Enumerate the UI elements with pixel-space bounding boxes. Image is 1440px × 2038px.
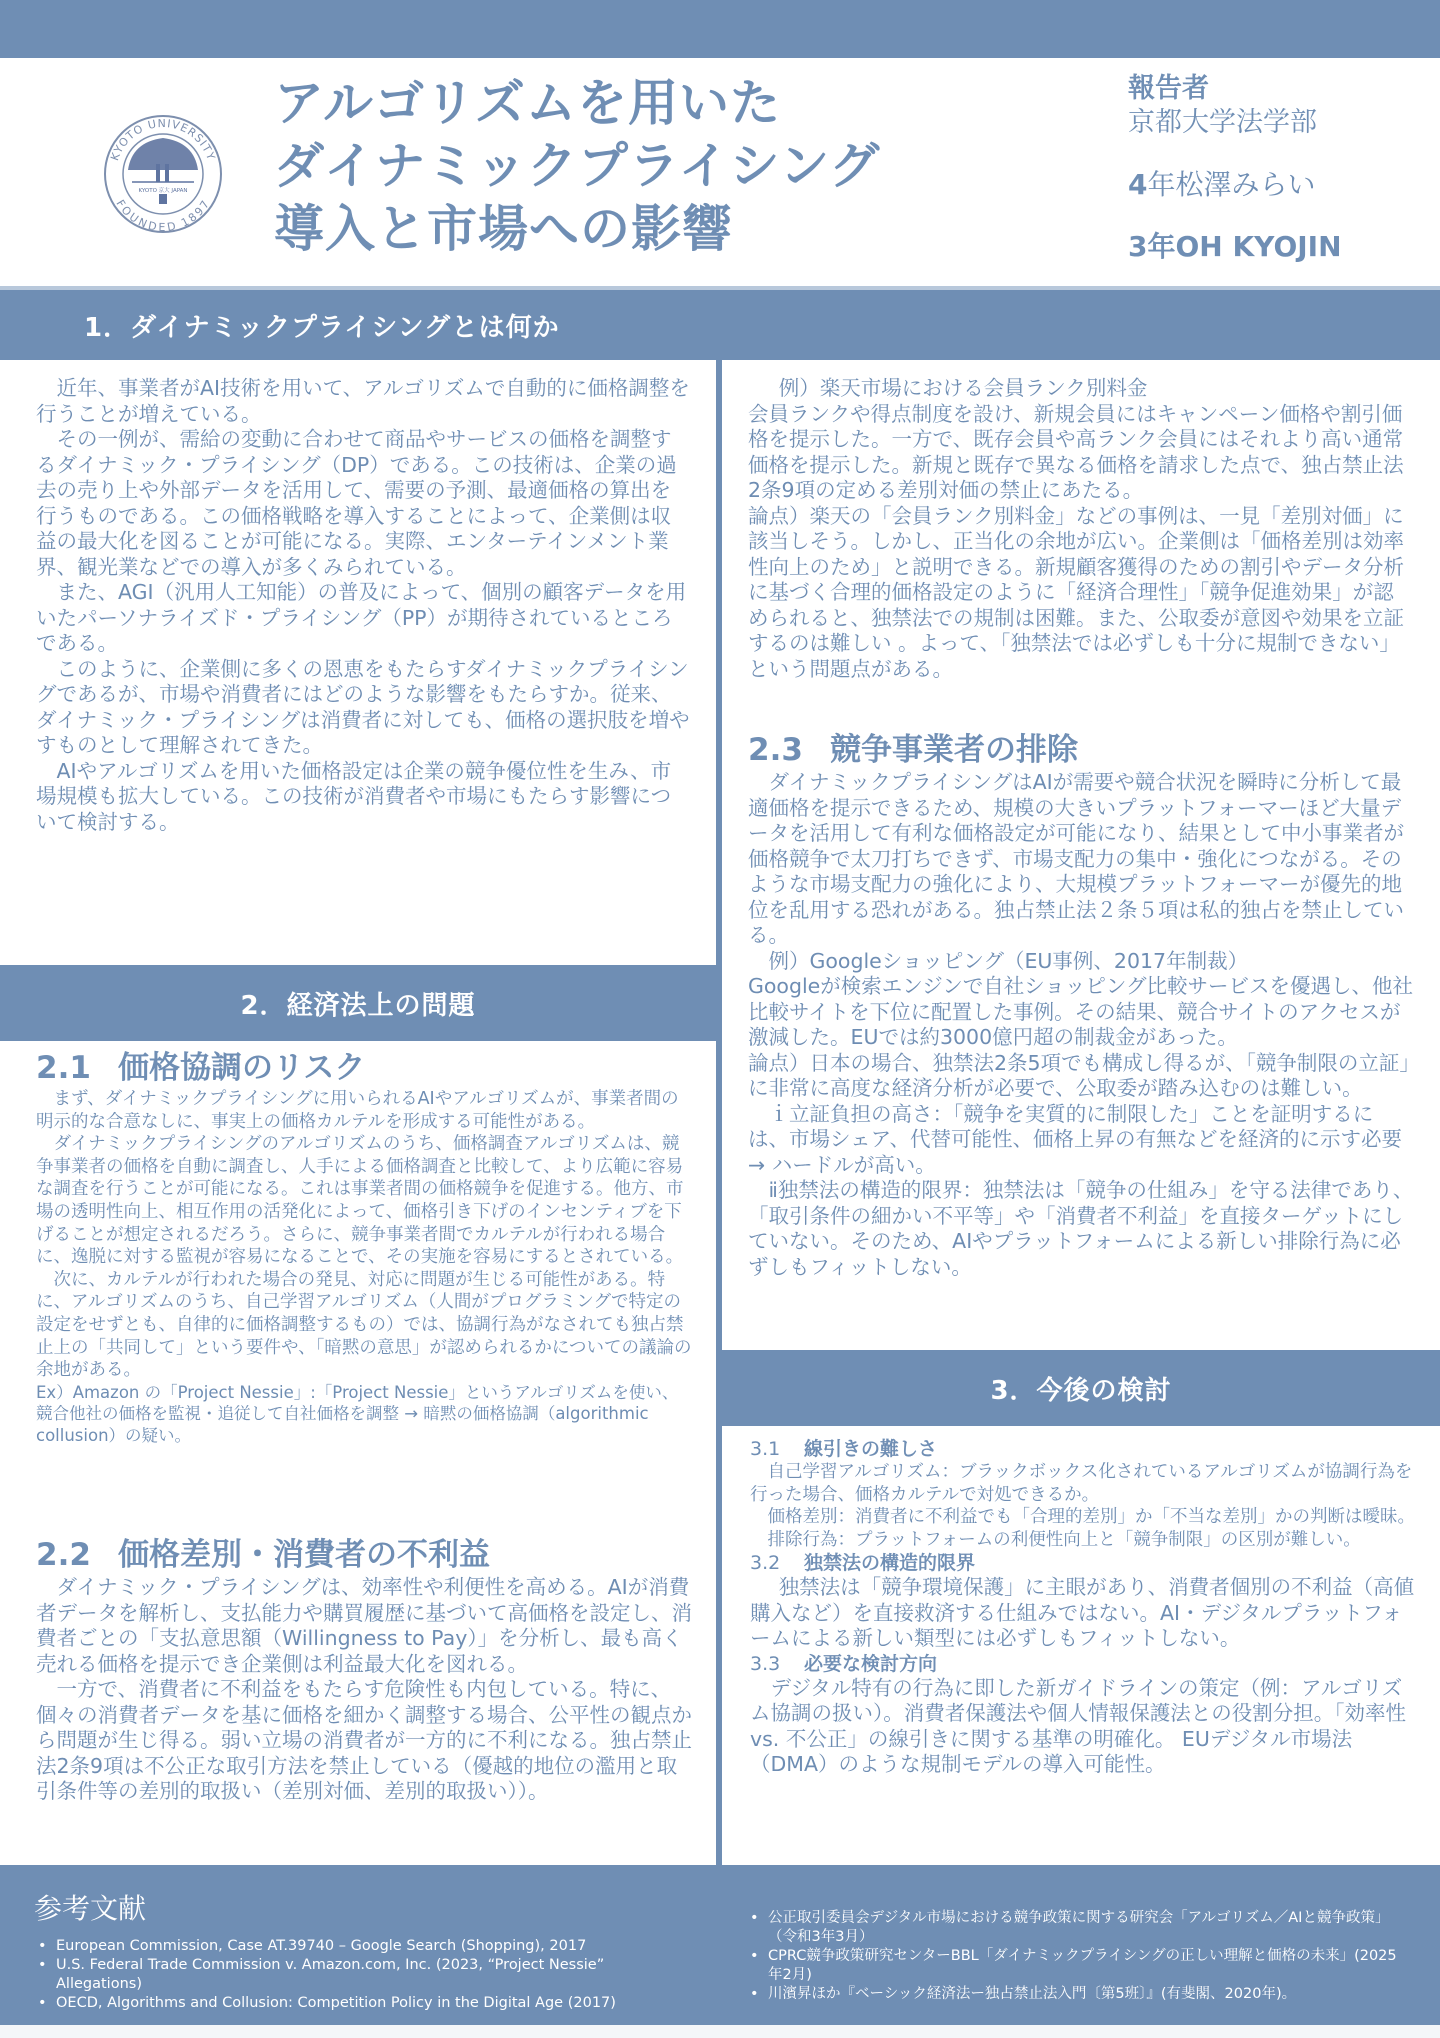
subsection-title: 必要な検討方向 [804,1653,937,1675]
subsection-3-3-body: デジタル特有の行為に即した新ガイドラインの策定（例：アルゴリズム協調の扱い）。消… [750,1676,1416,1778]
s21-paragraph: まず、ダイナミックプライシングに用いられるAIやアルゴリズムが、事業者間の明示的… [36,1088,692,1133]
reference-item: European Commission, Case AT.39740 – Goo… [34,1937,694,1956]
references-list-right: 公正取引委員会デジタル市場における競争政策に関する研究会「アルゴリズム／AIと競… [746,1909,1406,2004]
s1-paragraph: その一例が、需給の変動に合わせて商品やサービスの価格を調整するダイナミック・プラ… [36,427,690,580]
google-example-body: Googleが検索エンジンで自社ショッピング比較サービスを優遇し、他社比較サイト… [748,974,1414,1051]
s1-paragraph: また、AGI（汎用人工知能）の普及によって、個別の顧客データを用いたパーソナライ… [36,580,690,657]
s21-paragraph: 次に、カルテルが行われた場合の発見、対応に問題が生じる可能性がある。特に、アルゴ… [36,1269,692,1382]
s1-paragraph: AIやアルゴリズムを用いた価格設定は企業の競争優位性を生み、市場規模も拡大してい… [36,759,690,836]
section-3-body: 3.1線引きの難しさ 自己学習アルゴリズム：ブラックボックス化されているアルゴリ… [750,1437,1416,1778]
section-2-heading-band: 2．経済法上の問題 [0,965,716,1041]
subsection-2-3-body: ダイナミックプライシングはAIが需要や競合状況を瞬時に分析して最適価格を提示でき… [748,770,1414,1280]
subsection-number: 2.2 [36,1535,118,1575]
reference-item: 川濱昇ほか『ベーシック経済法ー独占禁止法入門〔第5班〕』(有斐閣、2020年)。 [746,1985,1406,2004]
s21-example: Ex）Amazon の「Project Nessie」:「Project Nes… [36,1382,692,1447]
subsection-2-1-heading: 2.1価格協調のリスク [36,1048,692,1088]
s31-paragraph: 自己学習アルゴリズム：ブラックボックス化されているアルゴリズムが協調行為を行った… [750,1461,1416,1506]
title-line-2: ダイナミックプライシング [274,135,880,198]
subsection-2-3: 2.3競争事業者の排除 ダイナミックプライシングはAIが需要や競合状況を瞬時に分… [748,730,1414,1280]
references-title: 参考文献 [34,1891,146,1927]
references-list-left: European Commission, Case AT.39740 – Goo… [34,1937,694,2013]
s1-paragraph: このように、企業側に多くの恩恵をもたらすダイナミックプライシングであるが、市場や… [36,657,690,759]
section-1-heading-band: 1．ダイナミックプライシングとは何か [0,290,1440,360]
s32-paragraph: 独禁法は「競争環境保護」に主眼があり、消費者個別の不利益（高値購入など）を直接救… [750,1575,1416,1652]
author-2: 3年OH KYOJIN [1128,230,1342,264]
point-1: ｉ立証負担の高さ：「競争を実質的に制限した」ことを証明するには、市場シェア、代替… [748,1102,1414,1179]
s31-paragraph: 排除行為：プラットフォームの利便性向上と「競争制限」の区別が難しい。 [750,1529,1416,1552]
subsection-3-1-heading: 3.1線引きの難しさ [750,1437,1416,1461]
subsection-title: 価格差別・消費者の不利益 [118,1537,490,1573]
poster-title: アルゴリズムを用いた ダイナミックプライシング 導入と市場への影響 [274,72,880,261]
section-3-heading-band: 3．今後の検討 [722,1350,1440,1426]
s22-paragraph: 一方で、消費者に不利益をもたらす危険性も内包している。特に、個々の消費者データを… [36,1677,692,1805]
section-3-heading: 3．今後の検討 [990,1370,1171,1407]
title-line-1: アルゴリズムを用いた [274,72,880,135]
affiliation: 京都大学法学部 [1128,106,1342,140]
s22-paragraph: ダイナミック・プライシングは、効率性や利便性を高める。AIが消費者データを解析し… [36,1575,692,1677]
subsection-3-1-body: 自己学習アルゴリズム：ブラックボックス化されているアルゴリズムが協調行為を行った… [750,1461,1416,1551]
google-issue: 論点）日本の場合、独禁法2条5項でも構成し得るが、「競争制限の立証」に非常に高度… [748,1051,1414,1102]
presenter-label: 報告者 [1128,72,1342,106]
subsection-3-3-heading: 3.3必要な検討方向 [750,1652,1416,1676]
subsection-title: 価格協調のリスク [118,1050,365,1086]
subsection-number: 3.2 [750,1551,804,1575]
reference-item: CPRC競争政策研究センターBBL「ダイナミックプライシングの正しい理解と価格の… [746,1947,1406,1985]
point-2: ⅱ独禁法の構造的限界：独禁法は「競争の仕組み」を守る法律であり、「取引条件の細か… [748,1178,1414,1280]
kyoto-university-seal-icon: KYOTO UNIVERSITY FOUNDED 1897 KYOTO 京大 J… [102,112,224,236]
section-2-heading: 2．経済法上の問題 [240,985,475,1022]
subsection-2-2-body: ダイナミック・プライシングは、効率性や利便性を高める。AIが消費者データを解析し… [36,1575,692,1805]
subsection-2-2: 2.2価格差別・消費者の不利益 ダイナミック・プライシングは、効率性や利便性を高… [36,1535,692,1805]
google-example-heading: 例）Googleショッピング（EU事例、2017年制裁） [748,949,1414,975]
top-bar [0,0,1440,58]
s21-paragraph: ダイナミックプライシングのアルゴリズムのうち、価格調査アルゴリズムは、競争事業者… [36,1133,692,1269]
s33-paragraph: デジタル特有の行為に即した新ガイドラインの策定（例：アルゴリズム協調の扱い）。消… [750,1676,1416,1778]
author-1: 4年松澤みらい [1128,168,1342,202]
reference-item: U.S. Federal Trade Commission v. Amazon.… [34,1956,694,1994]
subsection-2-2-continued: 例）楽天市場における会員ランク別料金 会員ランクや得点制度を設け、新規会員にはキ… [748,376,1414,682]
subsection-2-2-heading: 2.2価格差別・消費者の不利益 [36,1535,692,1575]
section-1-heading: 1．ダイナミックプライシングとは何か [84,307,560,344]
subsection-3-2-heading: 3.2独禁法の構造的限界 [750,1551,1416,1575]
s31-paragraph: 価格差別：消費者に不利益でも「合理的差別」か「不当な差別」かの判断は曖昧。 [750,1506,1416,1529]
subsection-number: 2.3 [748,730,830,770]
subsection-number: 3.3 [750,1652,804,1676]
subsection-number: 2.1 [36,1048,118,1088]
rakuten-example-heading: 例）楽天市場における会員ランク別料金 [748,376,1414,402]
subsection-2-1-body: まず、ダイナミックプライシングに用いられるAIやアルゴリズムが、事業者間の明示的… [36,1088,692,1446]
s23-paragraph: ダイナミックプライシングはAIが需要や競合状況を瞬時に分析して最適価格を提示でき… [748,770,1414,949]
rakuten-issue: 論点）楽天の「会員ランク別料金」などの事例は、一見「差別対価」に該当しそう。しか… [748,504,1414,683]
svg-text:KYOTO 京大 JAPAN: KYOTO 京大 JAPAN [138,186,187,194]
subsection-3-2-body: 独禁法は「競争環境保護」に主眼があり、消費者個別の不利益（高値購入など）を直接救… [750,1575,1416,1652]
reference-item: OECD, Algorithms and Collusion: Competit… [34,1994,694,2013]
footer-bottom-strip [0,2025,1440,2038]
subsection-title: 独禁法の構造的限界 [804,1552,975,1574]
rakuten-example-body: 会員ランクや得点制度を設け、新規会員にはキャンペーン価格や割引価格を提示した。一… [748,402,1414,504]
subsection-number: 3.1 [750,1437,804,1461]
authors-block: 報告者 京都大学法学部 4年松澤みらい 3年OH KYOJIN [1128,72,1342,264]
s1-paragraph: 近年、事業者がAI技術を用いて、アルゴリズムで自動的に価格調整を行うことが増えて… [36,376,690,427]
references-footer: 参考文献 European Commission, Case AT.39740 … [0,1865,1440,2025]
author-1-name: 年松澤みらい [1147,168,1315,201]
subsection-title: 線引きの難しさ [804,1438,937,1460]
subsection-2-3-heading: 2.3競争事業者の排除 [748,730,1414,770]
author-1-year: 4 [1128,168,1147,201]
subsection-title: 競争事業者の排除 [830,732,1078,768]
section-1-body: 近年、事業者がAI技術を用いて、アルゴリズムで自動的に価格調整を行うことが増えて… [36,376,690,835]
reference-item: 公正取引委員会デジタル市場における競争政策に関する研究会「アルゴリズム／AIと競… [746,1909,1406,1947]
subsection-2-1: 2.1価格協調のリスク まず、ダイナミックプライシングに用いられるAIやアルゴリ… [36,1048,692,1446]
column-divider [716,360,722,1865]
title-line-3: 導入と市場への影響 [274,198,880,261]
